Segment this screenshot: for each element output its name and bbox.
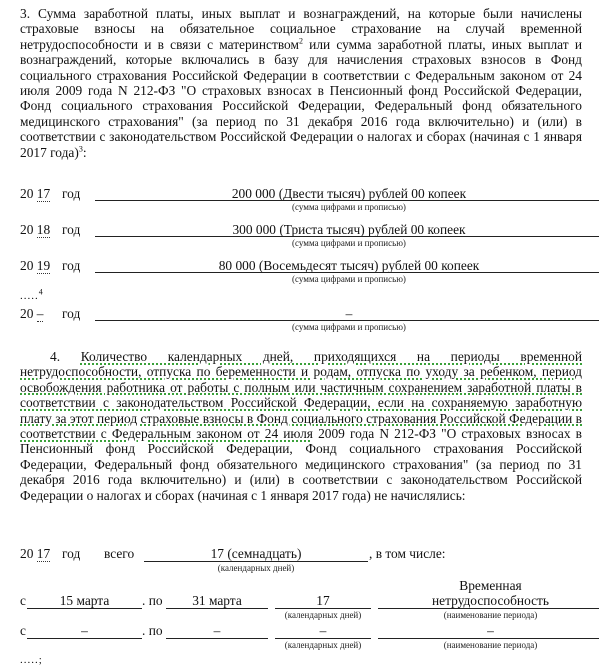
amount-underline: [95, 236, 599, 237]
to-label: . по: [142, 623, 163, 639]
from-date[interactable]: 15 марта: [27, 593, 142, 609]
year-prefix: 20: [20, 186, 33, 201]
amount-hint: (сумма цифрами и прописью): [95, 202, 599, 212]
year-word: год: [62, 186, 80, 202]
total-days-hint: (календарных дней): [144, 563, 368, 573]
year-field[interactable]: 20 –: [20, 306, 43, 322]
year-prefix: 20: [20, 258, 33, 273]
amount-hint: (сумма цифрами и прописью): [95, 274, 599, 284]
amount-row-2: 20 18 год 300 000 (Триста тысяч) рублей …: [20, 222, 599, 240]
year-field[interactable]: 20 19: [20, 258, 50, 274]
period-name-line2[interactable]: нетрудоспособность: [378, 593, 599, 609]
footnote-4[interactable]: 4: [39, 287, 44, 296]
year-value[interactable]: 18: [37, 222, 50, 238]
period-row-2: с – . по – – (календарных дней) – (наиме…: [20, 608, 599, 648]
from-label: с: [20, 593, 26, 609]
amount-row-4: 20 – год – (сумма цифрами и прописью): [20, 306, 599, 324]
amount-underline: [95, 200, 599, 201]
amount-row-3: 20 19 год 80 000 (Восемьдесят тысяч) руб…: [20, 258, 599, 276]
period-name-hint: (наименование периода): [378, 640, 599, 650]
section-3-text: 3. Сумма заработной платы, иных выплат и…: [20, 6, 582, 160]
amount-hint: (сумма цифрами и прописью): [95, 238, 599, 248]
year-word: год: [62, 222, 80, 238]
period-name-line1[interactable]: Временная: [378, 578, 599, 594]
days-underline: [275, 638, 371, 639]
year-value[interactable]: 17: [37, 546, 50, 562]
from-label: с: [20, 623, 26, 639]
year-prefix: 20: [20, 546, 33, 561]
to-label: . по: [142, 593, 163, 609]
section-4-text: 4. Количество календарных дней, приходящ…: [20, 349, 582, 503]
days-hint: (календарных дней): [275, 640, 371, 650]
from-underline: [27, 638, 142, 639]
amount-underline: [95, 272, 599, 273]
section-4-number: 4.: [50, 349, 60, 364]
total-days-row: 20 17 год всего 17 (семнадцать) (календа…: [20, 546, 599, 576]
total-days-value[interactable]: 17 (семнадцать): [144, 546, 368, 562]
to-date[interactable]: 31 марта: [166, 593, 268, 609]
year-value[interactable]: 19: [37, 258, 50, 274]
to-date[interactable]: –: [166, 623, 268, 639]
including-label: , в том числе:: [369, 546, 446, 562]
period-days[interactable]: –: [275, 623, 371, 639]
amount-hint: (сумма цифрами и прописью): [95, 322, 599, 332]
to-underline: [166, 638, 268, 639]
year-word: год: [62, 258, 80, 274]
colon: :: [83, 145, 87, 160]
from-date[interactable]: –: [27, 623, 142, 639]
year-value[interactable]: 17: [37, 186, 50, 202]
year-prefix: 20: [20, 222, 33, 237]
section-3-text-b: или сумма заработной платы, иных выплат …: [20, 37, 582, 160]
year-value[interactable]: –: [37, 306, 44, 322]
period-days[interactable]: 17: [275, 593, 371, 609]
total-underline: [144, 561, 368, 562]
year-field[interactable]: 20 17: [20, 186, 50, 202]
year-word: год: [62, 306, 80, 322]
ellipsis-rows: .....4: [20, 290, 44, 302]
amount-underline: [95, 320, 599, 321]
ellipsis: .....: [20, 290, 39, 302]
year-word: год: [62, 546, 80, 562]
period-name[interactable]: –: [378, 623, 599, 639]
period-name-underline: [378, 638, 599, 639]
year-field[interactable]: 20 18: [20, 222, 50, 238]
amount-row-1: 20 17 год 200 000 (Двести тысяч) рублей …: [20, 186, 599, 204]
year-field[interactable]: 20 17: [20, 546, 50, 562]
total-label: всего: [104, 546, 134, 562]
ellipsis-periods: .....;: [20, 654, 43, 666]
year-prefix: 20: [20, 306, 33, 321]
